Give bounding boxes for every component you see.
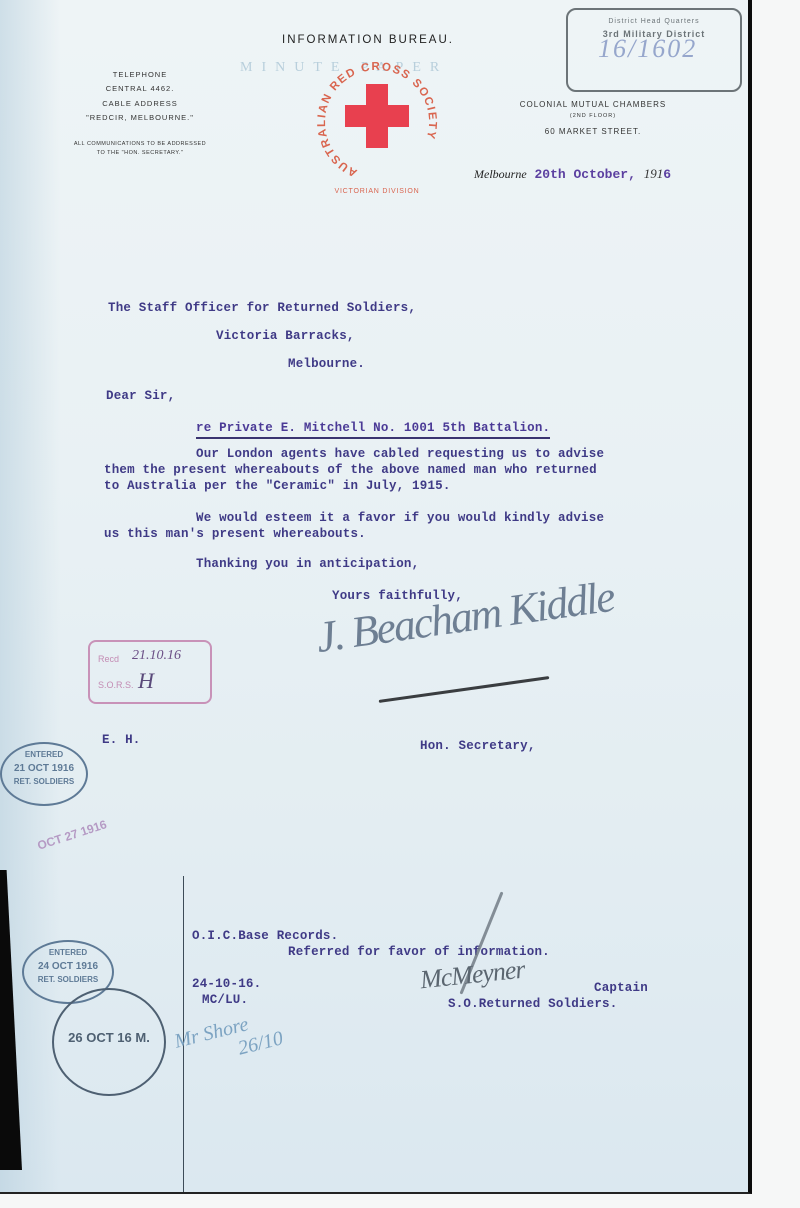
subject-line: re Private E. Mitchell No. 1001 5th Batt… — [196, 420, 550, 439]
closing-thanks: Thanking you in anticipation, — [196, 556, 419, 572]
date-city: Melbourne — [474, 167, 527, 181]
signature: J. Beacham Kiddle — [313, 571, 617, 663]
stamp-line1: District Head Quarters — [568, 18, 740, 25]
address-note-line1: All communications to be addressed — [40, 140, 240, 149]
telephone-value: Central 4462. — [40, 83, 240, 95]
paragraph1-line1: Our London agents have cabled requesting… — [196, 446, 604, 462]
date-year-printed: 191 — [644, 166, 664, 181]
date-year-typed: 6 — [663, 167, 671, 182]
letter-page: Telephone Central 4462. Cable Address "R… — [0, 0, 752, 1194]
telephone-label: Telephone — [40, 66, 240, 83]
district-hq-stamp: District Head Quarters 3rd Military Dist… — [566, 8, 742, 92]
handwritten-note: Mr Shore 26/10 — [172, 1006, 285, 1074]
date-line: Melbourne 20th October, 1916 — [474, 166, 671, 182]
endorsement-date: 24-10-16. — [192, 976, 261, 992]
base-records-date: 26 OCT 16 M. — [54, 1030, 164, 1045]
red-cross-icon: AUSTRALIAN RED CROSS SOCIETY VICTORIAN D… — [312, 56, 442, 196]
entered-label: ENTERED — [2, 750, 86, 759]
recd-date: 21.10.16 — [132, 648, 181, 664]
red-cross-emblem: AUSTRALIAN RED CROSS SOCIETY VICTORIAN D… — [312, 56, 442, 196]
entered-dept: RET. SOLDIERS — [24, 975, 112, 984]
entered-date: 24 OCT 1916 — [24, 961, 112, 972]
received-stamp: Recd 21.10.16 S.O.R.S. H — [88, 640, 212, 704]
sors-label: S.O.R.S. — [98, 680, 134, 690]
paragraph1-line2: them the present whereabouts of the abov… — [104, 462, 597, 478]
date-typed: 20th October, — [534, 167, 635, 182]
letterhead-title: INFORMATION BUREAU. — [282, 34, 454, 46]
entered-label: ENTERED — [24, 948, 112, 957]
cable-value: "Redcir, Melbourne." — [40, 112, 240, 124]
signature-underline — [379, 676, 550, 703]
endorsement-to: O.I.C.Base Records. — [192, 928, 338, 944]
typist-initials: E. H. — [102, 732, 141, 748]
recipient-line2: Victoria Barracks, — [216, 328, 355, 344]
endorsement-rank: Captain — [594, 980, 648, 996]
letterhead-contact-block: Telephone Central 4462. Cable Address "R… — [40, 66, 240, 158]
recipient-line3: Melbourne. — [288, 356, 365, 372]
recd-initial: H — [138, 668, 154, 694]
letterhead-address-block: Colonial Mutual Chambers (2nd Floor) 60 … — [488, 98, 698, 143]
entered-dept: RET. SOLDIERS — [2, 777, 86, 786]
endorsement-office: S.O.Returned Soldiers. — [448, 996, 617, 1012]
handwritten-file-ref: 16/1602 — [598, 34, 697, 64]
address-line2: (2nd Floor) — [488, 112, 698, 121]
address-line1: Colonial Mutual Chambers — [488, 98, 698, 112]
faint-date-stamp: OCT 27 1916 — [35, 815, 109, 854]
salutation: Dear Sir, — [106, 388, 175, 404]
entered-date: 21 OCT 1916 — [2, 763, 86, 774]
cable-label: Cable Address — [40, 95, 240, 112]
endorsement-signature: McMeyner — [419, 955, 526, 996]
recd-label: Recd — [98, 654, 119, 664]
paragraph1-line3: to Australia per the "Ceramic" in July, … — [104, 478, 451, 494]
entered-stamp-1: ENTERED 21 OCT 1916 RET. SOLDIERS — [0, 742, 88, 806]
paragraph2-line2: us this man's present whereabouts. — [104, 526, 366, 542]
base-records-stamp: 26 OCT 16 M. — [52, 988, 166, 1096]
address-note-line2: to the "Hon. Secretary." — [40, 149, 240, 158]
address-line3: 60 Market Street. — [488, 121, 698, 143]
division-label: VICTORIAN DIVISION — [334, 188, 419, 195]
paragraph2-line1: We would esteem it a favor if you would … — [196, 510, 604, 526]
signatory-title: Hon. Secretary, — [420, 738, 536, 754]
recipient-line1: The Staff Officer for Returned Soldiers, — [108, 300, 416, 316]
endorsement-ref: MC/LU. — [202, 992, 248, 1008]
